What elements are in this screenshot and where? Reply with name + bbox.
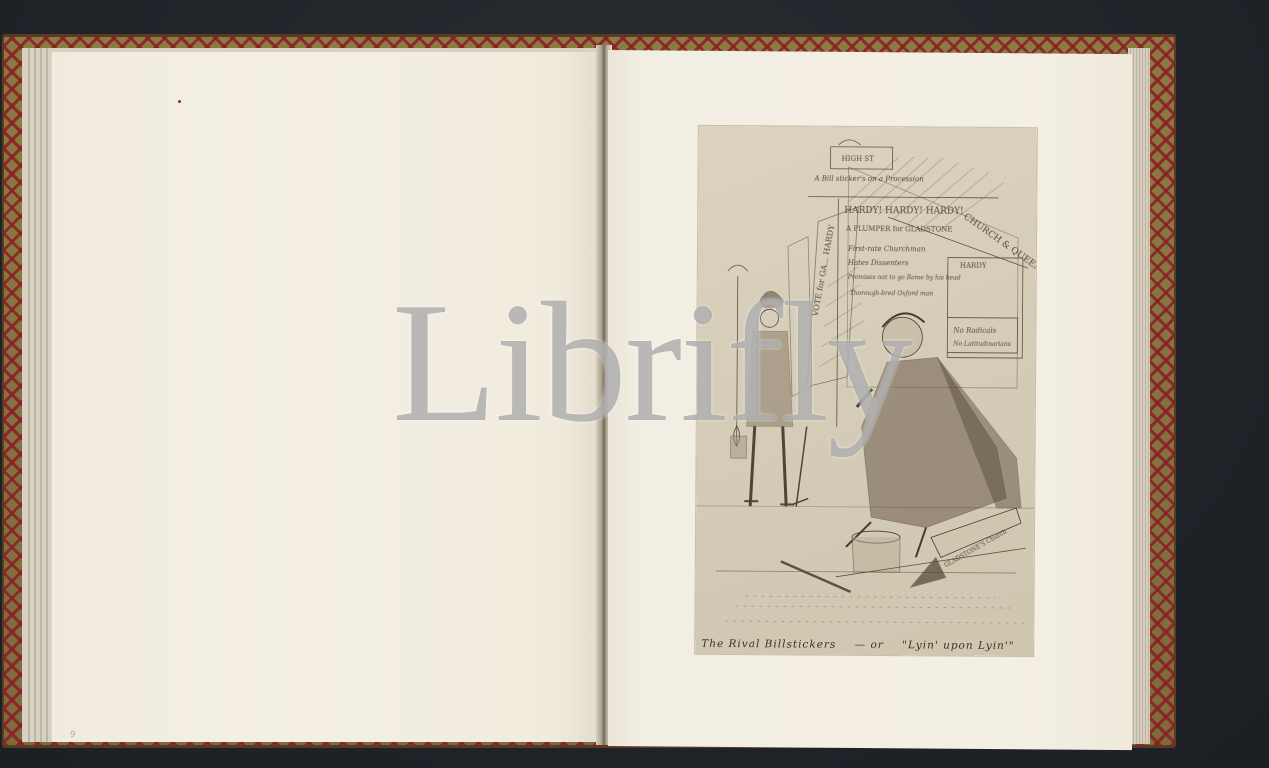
svg-text:No Latitudinarians: No Latitudinarians bbox=[952, 341, 1011, 348]
print-caption: The Rival Billstickers — or "Lyin' upon … bbox=[701, 638, 1027, 652]
svg-text:HARDY: HARDY bbox=[960, 262, 987, 270]
svg-text:A PLUMPER for GLADSTONE: A PLUMPER for GLADSTONE bbox=[845, 225, 952, 234]
mounted-print: HIGH ST A Bill sticker's on a Procession… bbox=[695, 126, 1037, 656]
left-page-blank bbox=[52, 52, 600, 742]
svg-text:No Radicals: No Radicals bbox=[952, 327, 996, 335]
svg-text:HIGH ST: HIGH ST bbox=[842, 155, 875, 163]
caricature-illustration: HIGH ST A Bill sticker's on a Procession… bbox=[695, 126, 1037, 656]
page-number: 9 bbox=[70, 730, 76, 740]
svg-text:Hates Dissenters: Hates Dissenters bbox=[847, 259, 909, 267]
paper-speck bbox=[178, 100, 181, 103]
svg-text:HARDY! HARDY! HARDY!: HARDY! HARDY! HARDY! bbox=[844, 206, 963, 217]
svg-text:VOTE for GA... HARDY: VOTE for GA... HARDY bbox=[810, 223, 836, 318]
svg-text:Promises not to go Rome by his: Promises not to go Rome by his head bbox=[847, 274, 961, 282]
svg-text:Thorough-bred Oxford man: Thorough-bred Oxford man bbox=[850, 290, 934, 298]
svg-text:First-rate Churchman: First-rate Churchman bbox=[847, 245, 926, 254]
caption-separator: — or bbox=[855, 639, 884, 651]
caption-title: The Rival Billstickers bbox=[701, 638, 836, 651]
svg-text:A Bill sticker's on a Processi: A Bill sticker's on a Procession bbox=[813, 175, 924, 184]
caption-subtitle: "Lyin' upon Lyin'" bbox=[902, 639, 1014, 652]
